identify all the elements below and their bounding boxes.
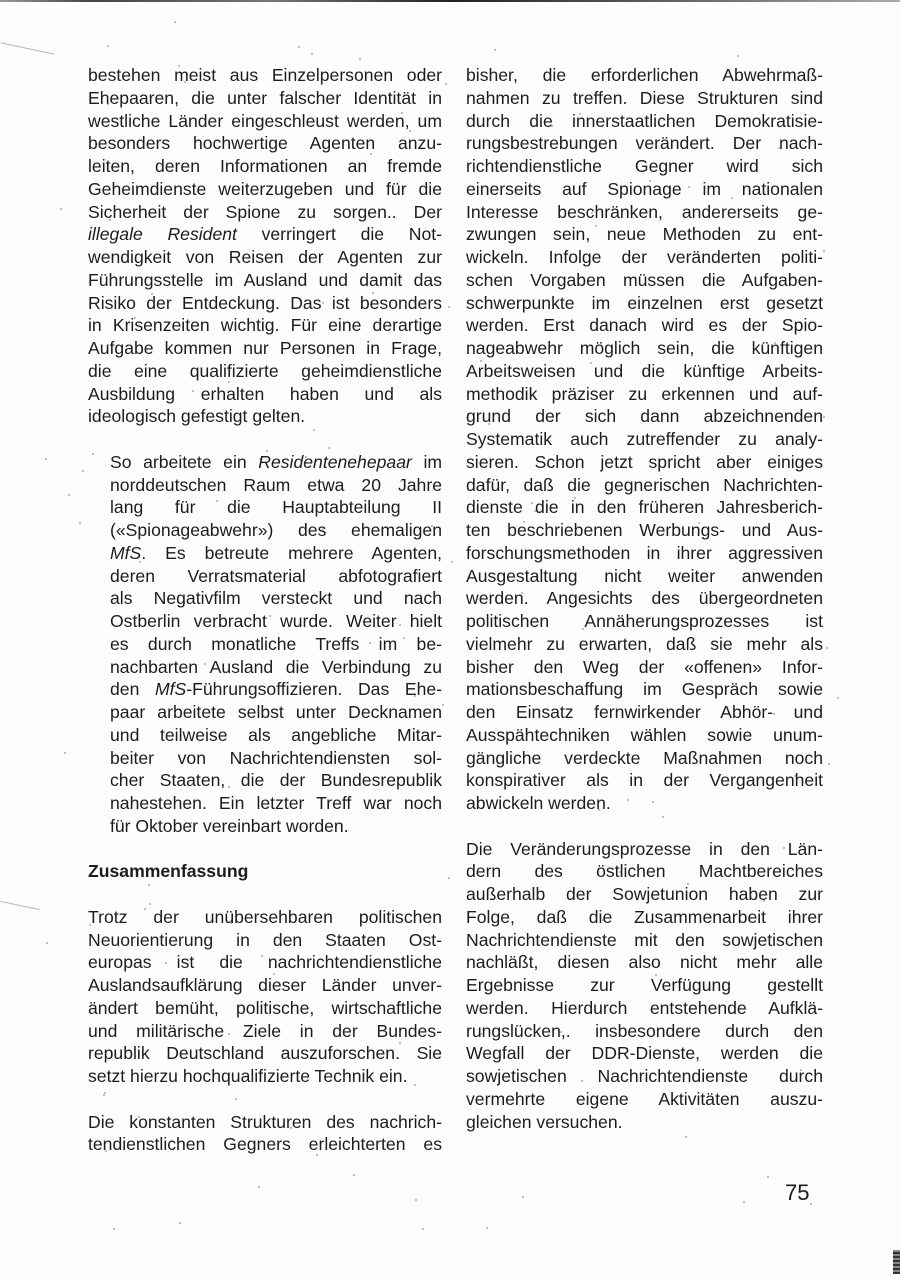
scan-speck [837,697,839,699]
page-number: 75 [785,1180,809,1206]
scan-speck [451,561,453,563]
scan-speck [45,458,47,460]
text-line: Ehepaaren, die unter falscher Identität … [88,87,442,110]
text-line: als Negativfilm versteckt und nach [110,587,442,610]
text-line: wickeln. Infolge der veränderten politi- [466,246,823,269]
scan-speck [204,663,206,665]
text-line: ten beschriebenen Werbungs- und Aus- [466,519,823,542]
scan-speck [107,45,109,47]
scan-speck [800,1069,802,1071]
scan-speck [322,528,324,530]
scan-speck [149,903,151,905]
text-line: norddeutschen Raum etwa 20 Jahre [110,474,442,497]
scan-speck [359,58,361,60]
scan-speck [488,423,490,425]
text-line: Neuorientierung in den Staaten Ost- [88,929,442,952]
closing-paragraph: Die konstanten Strukturen des nachrich-t… [88,1111,442,1157]
scan-speck [410,921,412,923]
text-line: abwickeln werden. [466,792,823,815]
text-line: bisher, die erforderlichen Abwehrmaß- [466,64,823,87]
scan-speck [810,1203,812,1205]
scan-smudge [0,42,54,54]
text-line: tendienstlichen Gegners erleichterten es [88,1133,442,1156]
scan-speck [68,494,70,496]
scan-speck [107,103,109,105]
scan-speck [774,342,776,344]
text-line: dienste die in den früheren Jahresberich… [466,496,823,519]
scan-speck [139,561,141,563]
scan-speck [230,922,232,924]
scan-speck [228,381,230,383]
text-line: konspirativer als in der Vergangenheit [466,769,823,792]
scan-speck [192,390,194,392]
text-line: bisher den Weg der «offenen» Infor- [466,656,823,679]
scan-speck [415,1199,417,1201]
scan-speck [486,1227,488,1229]
scan-speck [649,180,651,182]
text-line: ändert bemüht, politische, wirtschaftlic… [88,997,442,1020]
right-column: bisher, die erforderlichen Abwehrmaß-nah… [466,64,823,1133]
scan-speck [113,1228,115,1230]
text-line: Interesse beschränken, andererseits ge- [466,201,823,224]
text-line: Aufgabe kommen nur Personen in Frage, [88,337,442,360]
scan-speck [256,308,258,310]
text-line: bestehen meist aus Einzelpersonen oder [88,64,442,87]
scan-speck [298,46,300,48]
text-line: politischen Annäherungsprozesses ist [466,610,823,633]
scan-speck [414,1084,416,1086]
paragraph-spacer [88,1088,442,1111]
right-paragraph-1: bisher, die erforderlichen Abwehrmaß-nah… [466,64,823,815]
text-line: für Oktober vereinbart worden. [110,815,442,838]
scan-speck [303,214,305,216]
scan-speck [698,522,700,524]
text-line: grund der sich dann abzeichnenden [466,405,823,428]
scan-speck [720,237,722,239]
scan-speck [110,276,112,278]
scan-speck [105,1150,107,1152]
text-line: Risiko der Entdeckung. Das ist besonders [88,292,442,315]
scan-speck [142,987,144,989]
scan-speck [409,555,411,557]
italic-term: MfS [155,679,186,699]
scan-speck [46,942,48,944]
text-line: So arbeitete ein Residentenehepaar im [110,451,442,474]
scan-edge-mark [893,1250,900,1274]
scan-speck [823,416,825,418]
scan-speck [313,429,315,431]
text-line: Die Veränderungsprozesse in den Län- [466,838,823,861]
scan-speck [627,799,629,801]
scan-speck [480,1033,482,1035]
scan-speck [64,752,66,754]
scan-speck [179,1222,181,1224]
scan-speck [655,974,657,976]
scan-speck [534,510,536,512]
scan-speck [322,302,324,304]
scan-speck [652,801,654,803]
text-line: setzt hierzu hochqualifizierte Technik e… [88,1065,442,1088]
scan-speck [448,306,450,308]
scan-speck [290,1127,292,1129]
scan-speck [448,877,450,879]
text-line: Ausbildung erhalten haben und als [88,383,442,406]
text-line: den MfS-Führungsoffizieren. Das Ehe- [110,678,442,701]
text-line: besonders hochwertige Agenten anzu- [88,132,442,155]
summary-paragraph: Trotz der unübersehbaren politischenNeuo… [88,906,442,1088]
text-line: beiter von Nachrichtendiensten sol- [110,747,442,770]
text-line: Trotz der unübersehbaren politischen [88,906,442,929]
example-paragraph: So arbeitete ein Residentenehepaar imnor… [88,451,442,838]
scan-top-edge [0,0,900,2]
scan-speck [134,317,136,319]
scan-speck [148,884,150,886]
scan-speck [773,713,775,715]
text-line: mationsbeschaffung im Gespräch sowie [466,678,823,701]
scan-speck [590,362,592,364]
scan-smudge [0,901,39,910]
text-line: methodik präziser zu erkennen und auf- [466,383,823,406]
italic-term: illegale Resident [88,224,237,244]
text-line: sieren. Schon jetzt spricht aber einiges [466,451,823,474]
paragraph-spacer [88,428,442,451]
text-line: den Einsatz fernwirkender Abhör- und [466,701,823,724]
scan-speck [273,973,275,975]
scan-speck [531,502,533,504]
text-line: einerseits auf Spionage im nationalen [466,178,823,201]
scan-speck [399,624,401,626]
left-column: bestehen meist aus Einzelpersonen oder E… [88,64,442,1156]
text-line: werden. Angesichts des übergeordneten [466,587,823,610]
scan-speck [737,55,739,57]
scan-speck [328,447,330,449]
scan-speck [109,219,111,221]
scan-speck [520,558,522,560]
text-line: Führungsstelle im Ausland und damit das [88,269,442,292]
scan-speck [138,1116,140,1118]
scan-speck [551,125,553,127]
text-line: dern des östlichen Machtbereiches [466,860,823,883]
text-line: richtendienstliche Gegner wird sich [466,155,823,178]
text-line: leiten, deren Informationen an fremde [88,155,442,178]
text-line: deren Verratsmaterial abfotografiert [110,565,442,588]
scan-speck [403,637,405,639]
scan-speck [560,1031,562,1033]
text-line: schen Vorgaben müssen die Aufgaben- [466,269,823,292]
text-line: Wegfall der DDR-Dienste, werden die [466,1042,823,1065]
scan-speck [383,691,385,693]
text-line: paar arbeitete selbst unter Decknamen [110,701,442,724]
text-line: Sicherheit der Spione zu sorgen.. Der [88,201,442,224]
scan-speck [89,924,91,926]
section-heading: Zusammenfassung [88,860,442,883]
text-line: nachbarten Ausland die Verbindung zu [110,656,442,679]
scan-speck [688,186,690,188]
scan-speck [144,908,146,910]
scan-speck [311,53,313,55]
text-line: westliche Länder eingeschleust werden, u… [88,110,442,133]
scan-speck [766,527,768,529]
text-line: Ergebnisse zur Verfügung gestellt [466,974,823,997]
scan-speck [405,303,407,305]
scan-speck [60,208,62,210]
scan-speck [662,816,664,818]
scan-speck [763,900,765,902]
scan-speck [266,450,268,452]
scan-speck [482,1125,484,1127]
scan-speck [574,497,576,499]
text-line: europas ist die nachrichtendienstliche [88,951,442,974]
scan-speck [778,147,780,149]
text-line: die eine qualifizierte geheimdienstliche [88,360,442,383]
text-line: Ostberlin verbracht wurde. Weiter hielt [110,610,442,633]
scan-speck [258,1186,260,1188]
scan-speck [174,21,176,23]
scan-speck [259,458,261,460]
scan-speck [79,522,81,524]
text-line: rungsbestrebungen verändert. Der nach- [466,132,823,155]
scan-speck [353,1174,355,1176]
scan-speck [228,1033,230,1035]
scan-speck [581,1080,583,1082]
text-line: durch die innerstaatlichen Demokratisie- [466,110,823,133]
scan-speck [400,480,402,482]
scan-speck [151,293,153,295]
scan-speck [582,628,584,630]
text-line: republik Deutschland auszuforschen. Sie [88,1042,442,1065]
scan-speck [305,456,307,458]
scan-speck [261,955,263,957]
scan-speck [767,1176,769,1178]
text-line: gängliche verdeckte Maßnahmen noch [466,747,823,770]
text-line: nageabwehr möglich sein, die künftigen [466,337,823,360]
scan-speck [103,1094,105,1096]
scan-speck [372,292,374,294]
text-line: Die konstanten Strukturen des nachrich- [88,1111,442,1134]
scan-speck [595,225,597,227]
scan-speck [184,81,186,83]
text-line-italic-term: illegale Resident verringert die Not- [88,223,442,246]
text-line: Ausgestaltung nicht weiter anwenden [466,565,823,588]
text-line: ideologisch gefestigt gelten. [88,405,442,428]
scan-speck [165,962,167,964]
scan-speck [370,153,372,155]
scan-speck [499,614,501,616]
scan-speck [442,704,444,706]
text-line: Nachrichtendienste mit den sowjetischen [466,929,823,952]
scan-speck [369,642,371,644]
scan-speck [445,83,447,85]
scan-speck [602,919,604,921]
text-line: schwerpunkte im einzelnen erst gesetzt [466,292,823,315]
scan-speck [743,1201,745,1203]
scan-speck [437,325,439,327]
scan-speck [316,1154,318,1156]
scan-speck [640,620,642,622]
text-line: vermehrte eigene Aktivitäten auszu- [466,1088,823,1111]
text-line: Folge, daß die Zusammenarbeit ihrer [466,906,823,929]
scan-speck [591,212,593,214]
text-line: werden. Erst danach wird es der Spio- [466,314,823,337]
text-line: Auslandsaufklärung dieser Länder unver- [88,974,442,997]
scan-speck [269,615,271,617]
text-line: gleichen versuchen. [466,1111,823,1134]
text-line: außerhalb der Sowjetunion haben zur [466,883,823,906]
text-line: wendigkeit von Reisen der Agenten zur [88,246,442,269]
text-fragment: verringert die Not- [237,224,442,244]
scan-speck [216,500,218,502]
scan-speck [401,112,403,114]
scan-speck [190,822,192,824]
scan-speck [521,592,523,594]
text-line: Systematik auch zutreffender zu analy- [466,428,823,451]
text-line: MfS. Es betreute mehrere Agenten, [110,542,442,565]
scan-speck [425,307,427,309]
text-line: Arbeitsweisen und die künftige Arbeits- [466,360,823,383]
text-line: Geheimdienste weiterzugeben und für die [88,178,442,201]
scan-speck [619,871,621,873]
scan-speck [431,525,433,527]
scan-speck [92,453,94,455]
text-line: forschungsmethoden in ihrer aggressiven [466,542,823,565]
scan-speck [473,534,475,536]
scan-speck [685,1136,687,1138]
scan-speck [523,521,525,523]
scan-speck [579,113,581,115]
italic-term: Residentenehepaar [258,452,412,472]
text-line: nahmen zu treffen. Diese Strukturen sind [466,87,823,110]
scan-speck [580,208,582,210]
scan-speck [731,197,733,199]
paragraph-spacer [88,883,442,906]
italic-term: MfS [110,543,141,563]
text-line: nachläßt, diesen also nicht mehr alle [466,951,823,974]
scan-speck [228,786,230,788]
text-line: und militärische Ziele in der Bundes- [88,1020,442,1043]
text-line: es durch monatliche Treffs im be- [110,633,442,656]
scan-speck [687,883,689,885]
text-line: sowjetischen Nachrichtendienste durch [466,1065,823,1088]
scan-speck [494,49,496,51]
text-line: nahestehen. Ein letzter Treff war noch [110,792,442,815]
text-line: lang für die Hauptabteilung II [110,496,442,519]
text-line: rungslücken,. insbesondere durch den [466,1020,823,1043]
scan-speck [399,1042,401,1044]
paragraph-spacer [88,838,442,861]
scan-speck [480,360,482,362]
text-line: Ausspähtechniken wählen sowie unum- [466,724,823,747]
scan-speck [266,734,268,736]
scan-speck [235,1098,237,1100]
scan-speck [794,775,796,777]
text-line: dafür, daß die gegnerischen Nachrichten- [466,474,823,497]
scan-speck [414,695,416,697]
scan-speck [783,847,785,849]
text-line: werden. Hierdurch entstehende Aufklä- [466,997,823,1020]
scan-speck [828,763,830,765]
scan-speck [409,130,411,132]
scan-speck [82,470,84,472]
scan-speck [422,1228,424,1230]
text-line: und teilweise als angebliche Mitar- [110,724,442,747]
text-line: in Krisenzeiten wichtig. Für eine derart… [88,314,442,337]
scan-speck [826,647,828,649]
paragraph-spacer [466,815,823,838]
scan-speck [522,1196,524,1198]
text-line: cher Staaten, die der Bundesrepublik [110,769,442,792]
text-line: zwungen sein, neue Methoden zu ent- [466,223,823,246]
text-line: vielmehr zu erwarten, daß sie mehr als [466,633,823,656]
scan-speck [598,809,600,811]
right-paragraph-2: Die Veränderungsprozesse in den Län-dern… [466,838,823,1134]
scan-speck [823,250,825,252]
left-paragraph-1: bestehen meist aus Einzelpersonen oder E… [88,64,442,428]
text-line: («Spionageabwehr») des ehemaligen [110,519,442,542]
scan-speck [178,65,180,67]
